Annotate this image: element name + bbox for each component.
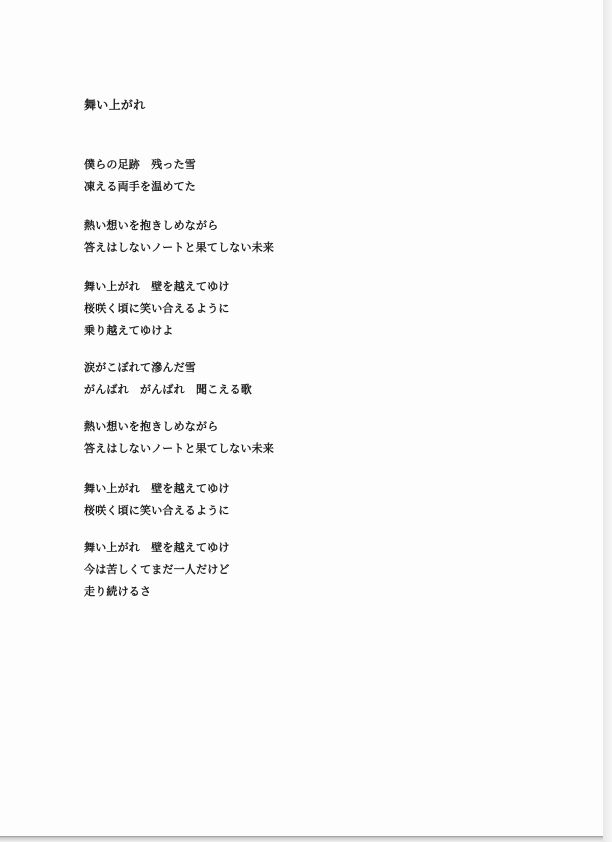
lyric-line: 舞い上がれ 壁を越えてゆけ bbox=[84, 480, 230, 496]
scanned-page: 舞い上がれ 僕らの足跡 残った雪 凍える両手を温めてた 熱い想いを抱きしめながら… bbox=[0, 0, 603, 838]
lyric-line: 答えはしないノートと果てしない未来 bbox=[84, 239, 274, 255]
lyric-line: 桜咲く頃に笑い合えるように bbox=[84, 300, 230, 316]
lyric-line: 舞い上がれ 壁を越えてゆけ bbox=[84, 278, 230, 294]
scan-edge-right bbox=[603, 0, 612, 842]
lyric-line: 涙がこぼれて滲んだ雪 bbox=[84, 359, 196, 375]
lyric-line: 凍える両手を温めてた bbox=[84, 178, 196, 194]
lyric-line: 走り続けるさ bbox=[84, 583, 151, 599]
lyric-line: 今は苦しくてまだ一人だけど bbox=[84, 561, 230, 577]
lyric-line: 桜咲く頃に笑い合えるように bbox=[84, 502, 230, 518]
song-title: 舞い上がれ bbox=[84, 96, 146, 113]
lyric-line: 熱い想いを抱きしめながら bbox=[84, 418, 218, 434]
lyric-line: がんばれ がんばれ 聞こえる歌 bbox=[84, 381, 252, 397]
lyric-line: 僕らの足跡 残った雪 bbox=[84, 156, 196, 172]
lyric-line: 熱い想いを抱きしめながら bbox=[84, 217, 218, 233]
lyric-line: 乗り越えてゆけよ bbox=[84, 322, 174, 338]
lyric-line: 舞い上がれ 壁を越えてゆけ bbox=[84, 539, 230, 555]
scan-edge-bottom bbox=[0, 836, 603, 842]
lyric-line: 答えはしないノートと果てしない未来 bbox=[84, 440, 274, 456]
